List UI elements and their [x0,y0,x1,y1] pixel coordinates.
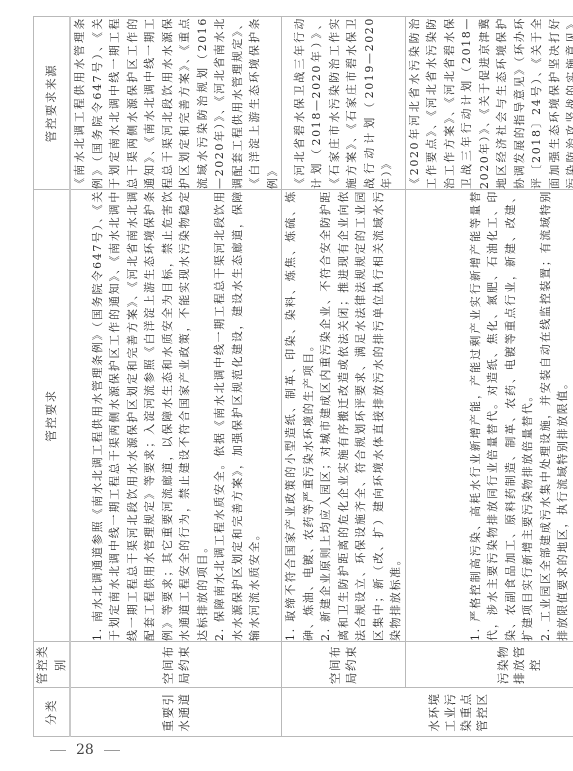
control-requirements-table: 分类 管控类别 管控要求 管控要求来源 重要引水通道 空间布局约束 1. 南水北… [33,16,573,737]
source-text: 《河北省碧水保卫战三年行动计划（2018—2020年）》、《石家庄市水污染防治工… [291,17,396,189]
requirement-item: 1. 严格控制高污染、高耗水行业新增产能，产能过剩产业实行新增产能等量替代，涉水… [467,190,537,641]
page-number: 28 [50,742,120,758]
cell-category: 污染物排放管控 [405,642,573,688]
cell-requirement: 1. 严格控制高污染、高耗水行业新增产能，产能过剩产业实行新增产能等量替代，涉水… [405,190,573,642]
requirement-item: 1. 取缔不符合国家产业政策的小型造纸、制革、印染、染料、炼焦、炼硫、炼砷、炼油… [282,190,317,641]
header-source: 管控要求来源 [34,17,71,190]
requirement-item: 1. 南水北调通道参照《南水北调工程供用水管理条例》（国务院令647号）、《关于… [89,190,212,641]
cell-classification: 水环境工业污染重点管控区 [282,688,573,737]
header-classification: 分类 [34,688,71,737]
table-header-row: 分类 管控类别 管控要求 管控要求来源 [34,17,71,737]
requirement-item: 2. 保障南水北调工程水质安全。依据《南水北调中线一期工程总干渠河北段饮用水水源… [211,190,264,641]
table-row: 重要引水通道 空间布局约束 1. 南水北调通道参照《南水北调工程供用水管理条例》… [70,17,282,737]
cell-source: 《南水北调工程供用水管理条例》（国务院令647号）、《关于划定南水北调中线一期工… [70,17,282,190]
requirement-item: 2. 新建企业原则上均应入园区；对城市建成区内重污染企业、不符合安全防护距离和卫… [317,190,405,641]
rotated-page-container: 分类 管控类别 管控要求 管控要求来源 重要引水通道 空间布局约束 1. 南水北… [33,17,535,737]
cell-category: 空间布局约束 [70,642,282,688]
page-number-dash-left [50,750,66,751]
cell-classification: 重要引水通道 [70,688,282,737]
header-requirement: 管控要求 [34,190,71,642]
rotated-table-frame: 分类 管控类别 管控要求 管控要求来源 重要引水通道 空间布局约束 1. 南水北… [33,17,535,737]
cell-category: 空间布局约束 [282,642,406,688]
source-text: 《2020年河北省水污染防治工作要点》、《河北省水污染防治工作方案》、《河北省碧… [406,17,573,189]
cell-source: 《2020年河北省水污染防治工作要点》、《河北省水污染防治工作方案》、《河北省碧… [405,17,573,190]
table-row: 污染物排放管控 1. 严格控制高污染、高耗水行业新增产能，产能过剩产业实行新增产… [405,17,573,737]
header-category: 管控类别 [34,642,71,688]
cell-source: 《河北省碧水保卫战三年行动计划（2018—2020年）》、《石家庄市水污染防治工… [282,17,406,190]
source-text: 《南水北调工程供用水管理条例》（国务院令647号）、《关于划定南水北调中线一期工… [71,17,281,189]
cell-requirement: 1. 取缔不符合国家产业政策的小型造纸、制革、印染、染料、炼焦、炼硫、炼砷、炼油… [282,190,406,642]
cell-requirement: 1. 南水北调通道参照《南水北调工程供用水管理条例》（国务院令647号）、《关于… [70,190,282,642]
page-number-dash-right [104,750,120,751]
table-row: 水环境工业污染重点管控区 空间布局约束 1. 取缔不符合国家产业政策的小型造纸、… [282,17,406,737]
page-number-text: 28 [76,742,94,758]
requirement-item: 2. 工业园区全部建成污水集中处理设施，并安装自动在线监控装置；有流域特别排放限… [537,190,572,641]
